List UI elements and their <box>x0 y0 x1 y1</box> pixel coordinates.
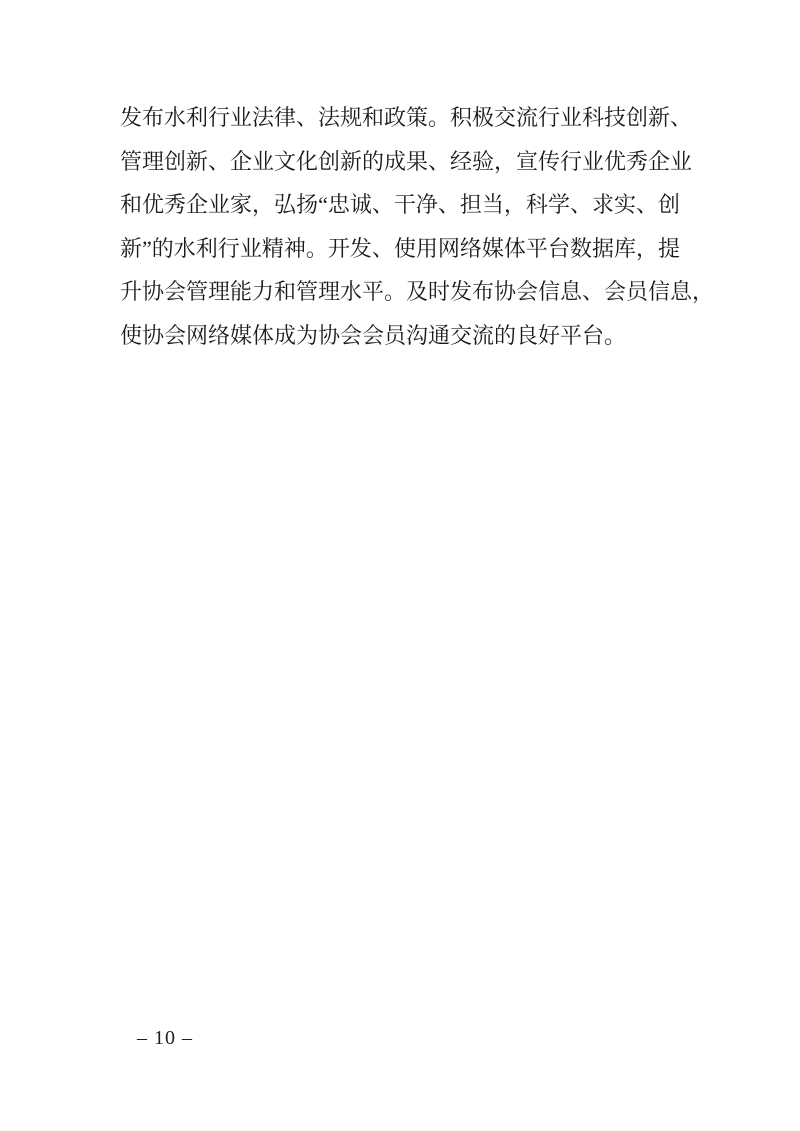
paragraph-line: 新”的水利行业精神。开发、使用网络媒体平台数据库，提 <box>120 227 680 271</box>
document-page: 发布水利行业法律、法规和政策。积极交流行业科技创新、 管理创新、企业文化创新的成… <box>0 0 800 1131</box>
paragraph-line: 和优秀企业家，弘扬“忠诚、干净、担当，科学、求实、创 <box>120 183 680 227</box>
paragraph-line: 升协会管理能力和管理水平。及时发布协会信息、会员信息， <box>120 270 680 314</box>
page-number: – 10 – <box>137 1026 193 1050</box>
paragraph-line: 管理创新、企业文化创新的成果、经验，宣传行业优秀企业 <box>120 140 680 184</box>
paragraph-line: 使协会网络媒体成为协会会员沟通交流的良好平台。 <box>120 314 680 358</box>
paragraph-line: 发布水利行业法律、法规和政策。积极交流行业科技创新、 <box>120 96 680 140</box>
body-paragraph: 发布水利行业法律、法规和政策。积极交流行业科技创新、 管理创新、企业文化创新的成… <box>120 96 680 357</box>
